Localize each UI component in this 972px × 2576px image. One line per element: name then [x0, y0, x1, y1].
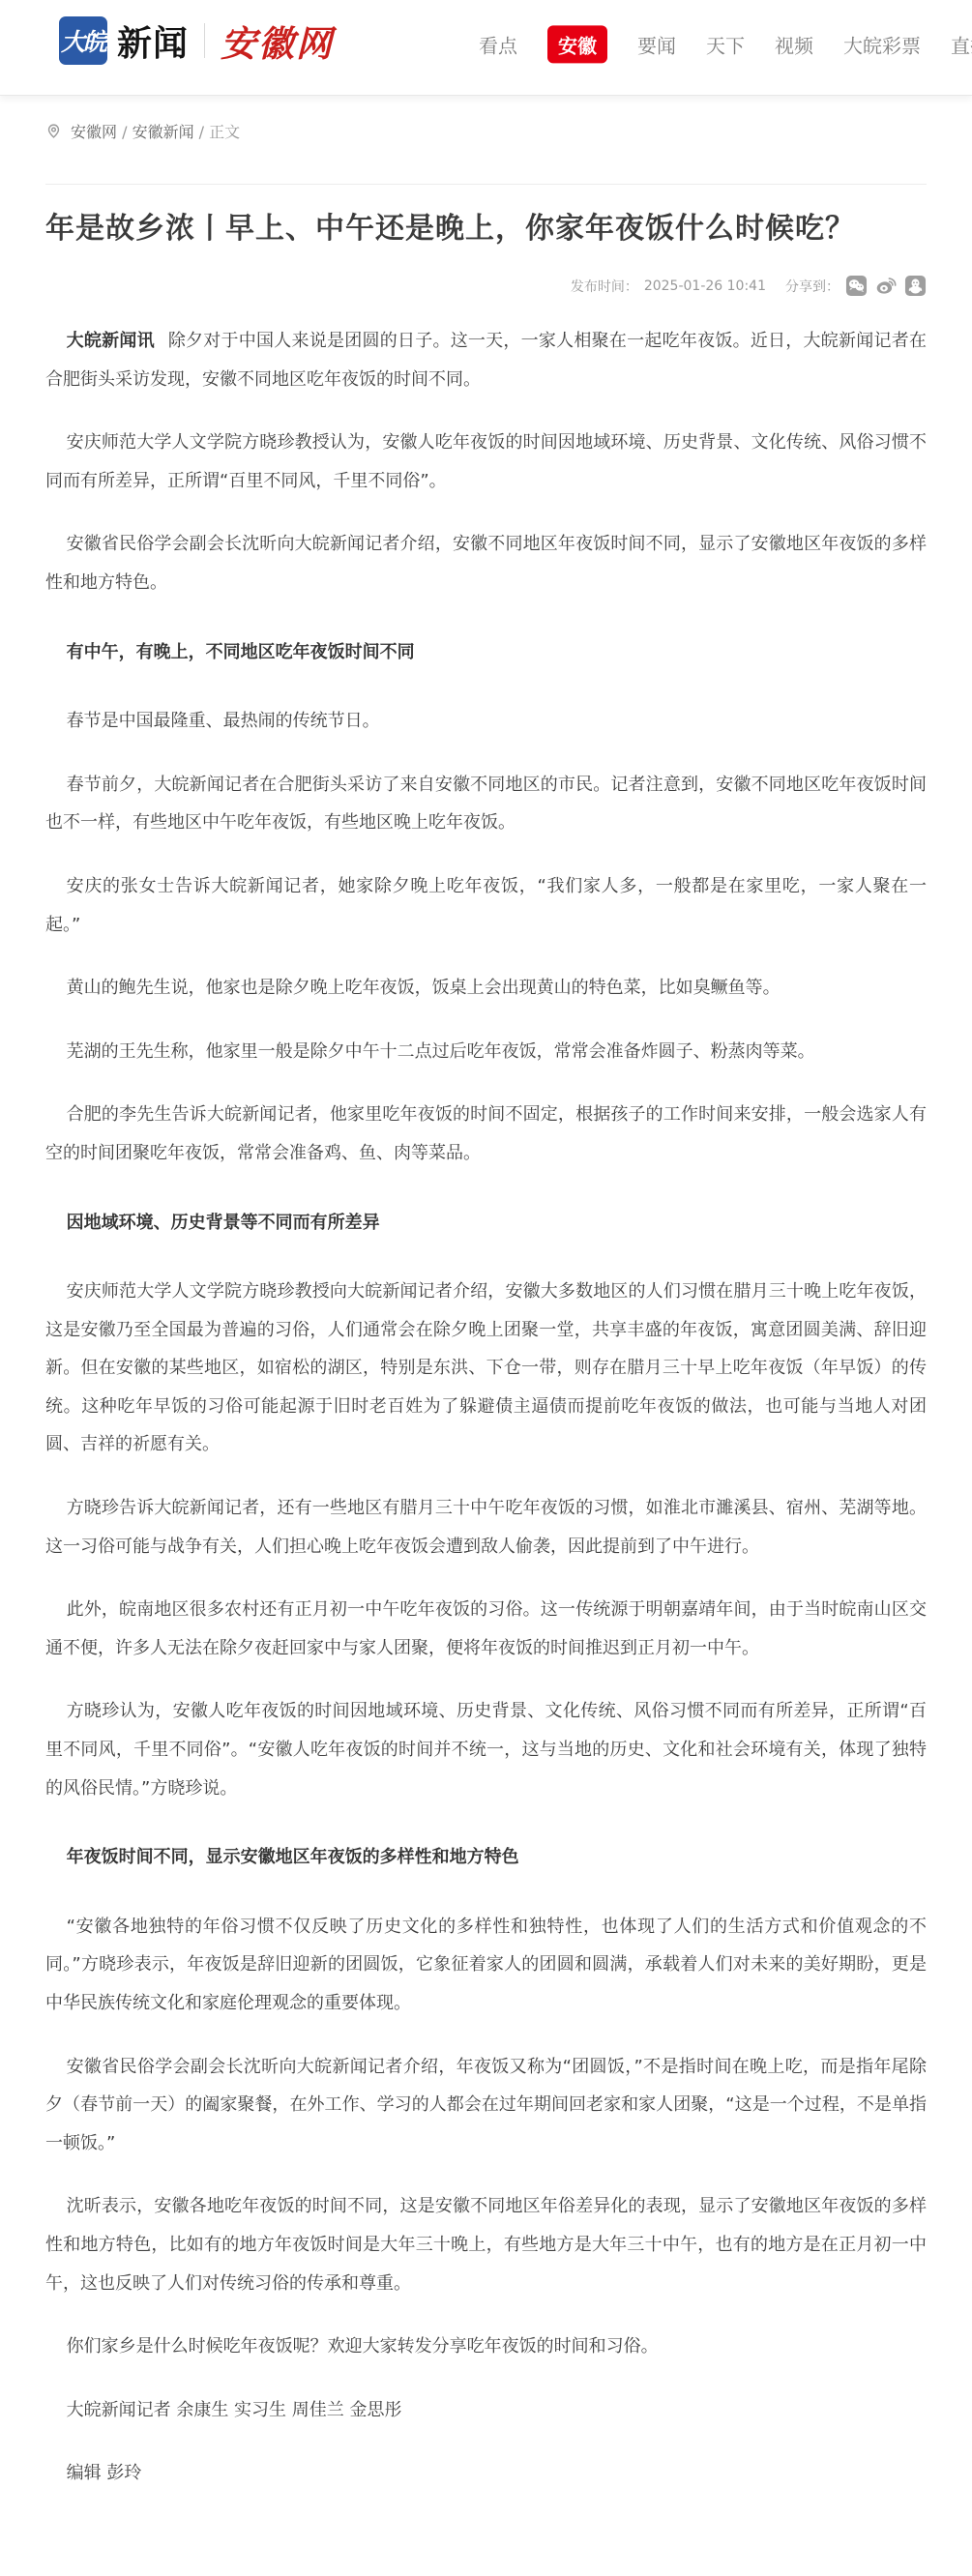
nav-item-zhibo[interactable]: 直播 — [951, 30, 972, 58]
article-paragraph: 大皖新闻记者 余康生 实习生 周佳兰 金思彤 — [45, 2391, 927, 2430]
breadcrumb-item-zhengwen: 正文 — [209, 123, 240, 141]
article-paragraph: 芜湖的王先生称，他家里一般是除夕中午十二点过后吃年夜饭，常常会准备炸圆子、粉蒸肉… — [45, 1033, 927, 1071]
article-paragraph: 安庆师范大学人文学院方晓珍教授认为，安徽人吃年夜饭的时间因地域环境、历史背景、文… — [45, 424, 927, 500]
wechat-icon[interactable] — [845, 275, 868, 297]
qq-icon[interactable] — [904, 275, 927, 297]
nav-item-shipin[interactable]: 视频 — [775, 30, 813, 58]
breadcrumb: 安徽网 / 安徽新闻 / 正文 — [45, 96, 927, 185]
anhuiwang-logo-text: 安徽网 — [221, 15, 334, 67]
publish-time-label: 发布时间： — [571, 277, 638, 296]
breadcrumb-separator: / — [194, 123, 210, 141]
nav-item-yaowen[interactable]: 要闻 — [637, 30, 676, 58]
breadcrumb-item-anhuiwang[interactable]: 安徽网 — [71, 123, 117, 141]
article-meta: 发布时间：2025-01-26 10:41 分享到： — [45, 275, 927, 297]
location-pin-icon — [45, 123, 62, 139]
publish-time-value: 2025-01-26 10:41 — [644, 278, 766, 294]
article-paragraph: 黄山的鲍先生说，他家也是除夕晚上吃年夜饭，饭桌上会出现黄山的特色菜，比如臭鳜鱼等… — [45, 969, 927, 1008]
nav-item-kandian[interactable]: 看点 — [479, 30, 517, 58]
article-paragraph: 春节是中国最隆重、最热闹的传统节日。 — [45, 702, 927, 741]
logo-divider — [204, 23, 205, 58]
article-paragraph: 安庆的张女士告诉大皖新闻记者，她家除夕晚上吃年夜饭，“我们家人多，一般都是在家里… — [45, 867, 927, 944]
article-paragraph: 春节前夕，大皖新闻记者在合肥街头采访了来自安徽不同地区的市民。记者注意到，安徽不… — [45, 766, 927, 842]
main-nav: 看点安徽要闻天下视频大皖彩票直播环 — [479, 25, 972, 63]
page-title: 年是故乡浓丨早上、中午还是晚上，你家年夜饭什么时候吃？ — [45, 210, 927, 248]
article-lead-label: 大皖新闻讯 — [67, 331, 155, 351]
article-paragraph: 沈昕表示，安徽各地吃年夜饭的时间不同，这是安徽不同地区年俗差异化的表现，显示了安… — [45, 2187, 927, 2302]
nav-item-dawan-caipiao[interactable]: 大皖彩票 — [843, 30, 921, 58]
article-body: 大皖新闻讯除夕对于中国人来说是团圆的日子。这一天，一家人相聚在一起吃年夜饭。近日… — [45, 322, 927, 2576]
site-header: 大皖 新闻 安徽网 看点安徽要闻天下视频大皖彩票直播环 — [0, 0, 972, 96]
article-paragraph: 方晓珍认为，安徽人吃年夜饭的时间因地域环境、历史背景、文化传统、风俗习惯不同而有… — [45, 1692, 927, 1807]
breadcrumb-items: 安徽网 / 安徽新闻 / 正文 — [71, 120, 240, 142]
site-logo[interactable]: 大皖 新闻 安徽网 — [59, 15, 334, 67]
share-icons — [845, 275, 927, 297]
article-subhead: 有中午，有晚上，不同地区吃年夜饭时间不同 — [45, 633, 927, 672]
article-paragraph: “安徽各地独特的年俗习惯不仅反映了历史文化的多样性和独特性，也体现了人们的生活方… — [45, 1908, 927, 2023]
article-paragraph: 你们家乡是什么时候吃年夜饭呢？欢迎大家转发分享吃年夜饭的时间和习俗。 — [45, 2327, 927, 2366]
breadcrumb-separator: / — [117, 123, 133, 141]
article-paragraph: 此外，皖南地区很多农村还有正月初一中午吃年夜饭的习俗。这一传统源于明朝嘉靖年间，… — [45, 1591, 927, 1667]
article-paragraph: 大皖新闻讯除夕对于中国人来说是团圆的日子。这一天，一家人相聚在一起吃年夜饭。近日… — [45, 322, 927, 398]
nav-item-anhui[interactable]: 安徽 — [547, 25, 607, 63]
share-to-label: 分享到： — [785, 277, 839, 296]
breadcrumb-item-anhui-xinwen[interactable]: 安徽新闻 — [133, 123, 194, 141]
article-paragraph: 安徽省民俗学会副会长沈昕向大皖新闻记者介绍，年夜饭又称为“团圆饭，”不是指时间在… — [45, 2048, 927, 2163]
article-paragraph: 安徽省民俗学会副会长沈昕向大皖新闻记者介绍，安徽不同地区年夜饭时间不同，显示了安… — [45, 525, 927, 601]
weibo-icon[interactable] — [874, 275, 898, 297]
nav-item-tianxia[interactable]: 天下 — [706, 30, 745, 58]
article-paragraph: 编辑 彭玲 — [45, 2454, 927, 2493]
article-subhead: 因地域环境、历史背景等不同而有所差异 — [45, 1204, 927, 1243]
dawan-logo-badge: 大皖 — [59, 16, 107, 65]
dawan-logo-news-text: 新闻 — [117, 16, 189, 66]
article-paragraph: 合肥的李先生告诉大皖新闻记者，他家里吃年夜饭的时间不固定，根据孩子的工作时间来安… — [45, 1096, 927, 1172]
article-paragraph: 方晓珍告诉大皖新闻记者，还有一些地区有腊月三十中午吃年夜饭的习惯，如淮北市濉溪县… — [45, 1489, 927, 1566]
article-subhead: 年夜饭时间不同，显示安徽地区年夜饭的多样性和地方特色 — [45, 1838, 927, 1877]
article-paragraph: 安庆师范大学人文学院方晓珍教授向大皖新闻记者介绍，安徽大多数地区的人们习惯在腊月… — [45, 1273, 927, 1464]
